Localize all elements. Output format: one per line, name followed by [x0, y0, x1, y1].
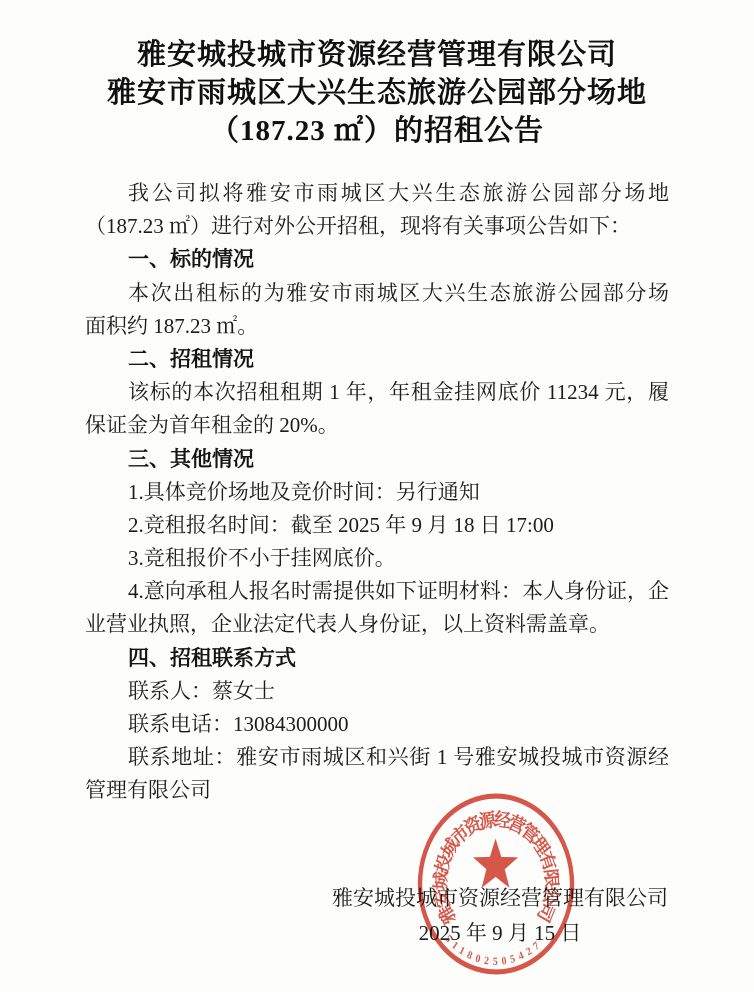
list-item: 3.竞租报价不小于挂网底价。 — [85, 542, 669, 575]
body-line: 业营业执照，企业法定代表人身份证，以上资料需盖章。 — [85, 608, 669, 641]
section-heading: 三、其他情况 — [85, 443, 669, 476]
official-seal: 雅安城投城市资源经营管理有限公司 511802505427 — [413, 788, 579, 980]
body-line: 面积约 187.23 ㎡。 — [85, 310, 669, 343]
title-line-2: 雅安市雨城区大兴生态旅游公园部分场地 — [85, 74, 669, 112]
body-line: 该标的本次招租租期 1 年，年租金挂网底价 11234 元，履约 — [85, 376, 669, 409]
title-line-1: 雅安城投城市资源经营管理有限公司 — [85, 36, 669, 74]
document-body: 我公司拟将雅安市雨城区大兴生态旅游公园部分场地 （187.23 ㎡）进行对外公开… — [85, 177, 669, 808]
section-heading: 四、招租联系方式 — [85, 642, 669, 675]
list-item: 4.意向承租人报名时需提供如下证明材料：本人身份证，企 — [85, 575, 669, 608]
body-line: 本次出租标的为雅安市雨城区大兴生态旅游公园部分场地， — [85, 277, 669, 310]
body-line: 我公司拟将雅安市雨城区大兴生态旅游公园部分场地 — [85, 177, 669, 210]
title-line-3: （187.23 ㎡）的招租公告 — [85, 112, 669, 150]
section-heading: 一、标的情况 — [85, 243, 669, 276]
body-line: 保证金为首年租金的 20%。 — [85, 409, 669, 442]
list-item: 1.具体竞价场地及竞价时间：另行通知 — [85, 476, 669, 509]
contact-address-line: 联系地址：雅安市雨城区和兴街 1 号雅安城投城市资源经营 — [85, 741, 669, 774]
list-item: 2.竞租报名时间：截至 2025 年 9 月 18 日 17:00 — [85, 509, 669, 542]
document-title: 雅安城投城市资源经营管理有限公司 雅安市雨城区大兴生态旅游公园部分场地 （187… — [85, 36, 669, 150]
body-line: （187.23 ㎡）进行对外公开招租，现将有关事项公告如下： — [85, 210, 669, 243]
section-heading: 二、招租情况 — [85, 343, 669, 376]
seal-star-icon — [473, 839, 518, 888]
contact-person-line: 联系人：蔡女士 — [85, 675, 669, 708]
announcement-document: 雅安城投城市资源经营管理有限公司 雅安市雨城区大兴生态旅游公园部分场地 （187… — [0, 0, 754, 992]
contact-address-line: 管理有限公司 — [85, 774, 669, 807]
contact-phone-line: 联系电话：13084300000 — [85, 708, 669, 741]
